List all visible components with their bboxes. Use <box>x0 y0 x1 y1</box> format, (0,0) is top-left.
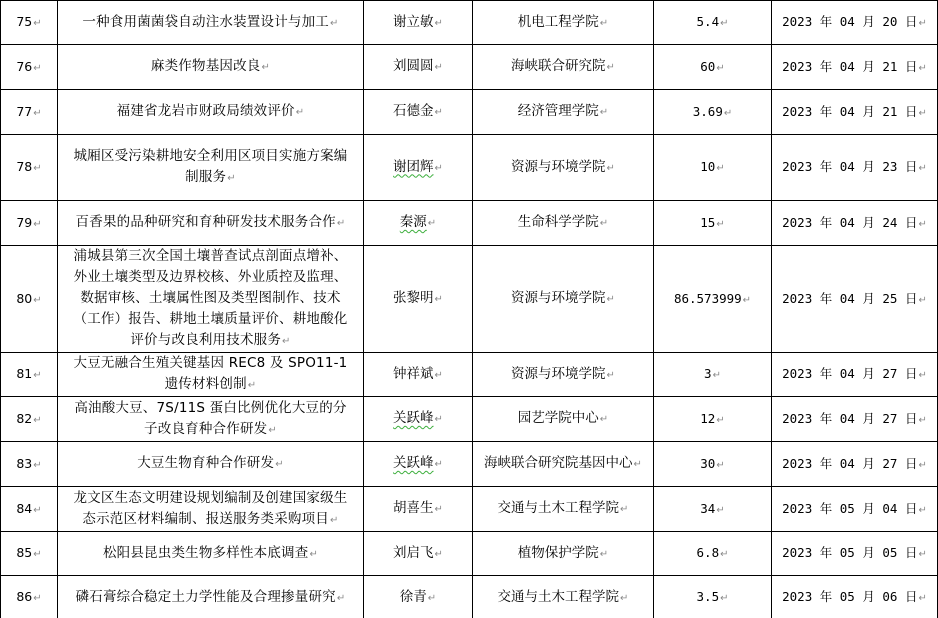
paragraph-mark-icon: ↵ <box>918 505 926 516</box>
cell-department[interactable]: 交通与土木工程学院↵ <box>473 487 654 532</box>
row-number: 80 <box>16 291 32 306</box>
paragraph-mark-icon: ↵ <box>33 460 41 471</box>
cell-leader[interactable]: 关跃峰↵ <box>364 397 473 442</box>
cell-date[interactable]: 2023 年 04 月 21 日↵ <box>772 45 938 90</box>
paragraph-mark-icon: ↵ <box>296 107 305 118</box>
cell-date[interactable]: 2023 年 05 月 06 日↵ <box>772 576 938 618</box>
cell-leader[interactable]: 秦源↵ <box>364 201 473 246</box>
project-title: 百香果的品种研究和育种研发技术服务合作 <box>76 214 336 230</box>
contract-amount: 3 <box>704 366 712 381</box>
paragraph-mark-icon: ↵ <box>720 549 728 560</box>
paragraph-mark-icon: ↵ <box>435 370 443 381</box>
cell-amount[interactable]: 34↵ <box>654 487 772 532</box>
cell-number[interactable]: 80↵ <box>1 246 58 353</box>
row-number: 85 <box>16 545 32 560</box>
paragraph-mark-icon: ↵ <box>918 460 926 471</box>
cell-number[interactable]: 82↵ <box>1 397 58 442</box>
cell-number[interactable]: 77↵ <box>1 90 58 135</box>
paragraph-mark-icon: ↵ <box>607 163 615 174</box>
paragraph-mark-icon: ↵ <box>262 62 271 73</box>
paragraph-mark-icon: ↵ <box>716 219 724 230</box>
cell-leader[interactable]: 谢团辉↵ <box>364 135 473 201</box>
cell-number[interactable]: 83↵ <box>1 442 58 487</box>
cell-leader[interactable]: 胡喜生↵ <box>364 487 473 532</box>
paragraph-mark-icon: ↵ <box>268 425 277 436</box>
cell-date[interactable]: 2023 年 04 月 27 日↵ <box>772 353 938 397</box>
project-title: 城厢区受污染耕地安全利用区项目实施方案编制服务 <box>74 148 348 185</box>
paragraph-mark-icon: ↵ <box>33 295 41 306</box>
project-title: 龙文区生态文明建设规划编制及创建国家级生态示范区材料编制、报送服务类采购项目 <box>74 490 348 527</box>
row-number: 77 <box>16 104 32 119</box>
paragraph-mark-icon: ↵ <box>620 593 628 604</box>
cell-department[interactable]: 交通与土木工程学院↵ <box>473 576 654 618</box>
department-name: 交通与土木工程学院 <box>498 500 620 516</box>
paragraph-mark-icon: ↵ <box>918 370 926 381</box>
paragraph-mark-icon: ↵ <box>330 515 339 526</box>
table-row: 80↵ 浦城县第三次全国土壤普查试点剖面点增补、外业土壤类型及边界校核、外业质控… <box>1 246 938 353</box>
department-name: 资源与环境学院 <box>511 290 606 306</box>
cell-amount[interactable]: 3.69↵ <box>654 90 772 135</box>
paragraph-mark-icon: ↵ <box>716 63 724 74</box>
cell-date[interactable]: 2023 年 05 月 05 日↵ <box>772 532 938 576</box>
contract-amount: 12 <box>700 411 715 426</box>
department-name: 交通与土木工程学院 <box>498 589 620 605</box>
paragraph-mark-icon: ↵ <box>918 108 926 119</box>
cell-department[interactable]: 资源与环境学院↵ <box>473 353 654 397</box>
cell-amount[interactable]: 12↵ <box>654 397 772 442</box>
project-title: 松阳县昆虫类生物多样性本底调查 <box>103 545 309 561</box>
cell-date[interactable]: 2023 年 04 月 27 日↵ <box>772 442 938 487</box>
contract-amount: 15 <box>700 215 715 230</box>
paragraph-mark-icon: ↵ <box>227 173 236 184</box>
project-title: 大豆无融合生殖关键基因 REC8 及 SPO11-1 遗传材料创制 <box>74 355 348 392</box>
row-number: 84 <box>16 501 32 516</box>
paragraph-mark-icon: ↵ <box>600 414 608 425</box>
contract-amount: 34 <box>700 501 715 516</box>
row-number: 75 <box>16 14 32 29</box>
paragraph-mark-icon: ↵ <box>282 336 291 347</box>
leader-name: 秦源 <box>400 214 427 230</box>
table-body: 75↵ 一种食用菌菌袋自动注水装置设计与加工↵ 谢立敏↵ 机电工程学院↵ 5.4… <box>1 1 938 618</box>
leader-name: 刘圆圆 <box>393 58 434 74</box>
leader-name: 钟祥斌 <box>393 366 434 382</box>
paragraph-mark-icon: ↵ <box>33 593 41 604</box>
paragraph-mark-icon: ↵ <box>716 505 724 516</box>
paragraph-mark-icon: ↵ <box>600 18 608 29</box>
cell-leader[interactable]: 刘圆圆↵ <box>364 45 473 90</box>
cell-amount[interactable]: 30↵ <box>654 442 772 487</box>
cell-leader[interactable]: 关跃峰↵ <box>364 442 473 487</box>
table-row: 77↵ 福建省龙岩市财政局绩效评价↵ 石德金↵ 经济管理学院↵ 3.69↵ 20… <box>1 90 938 135</box>
department-name: 资源与环境学院 <box>511 159 606 175</box>
paragraph-mark-icon: ↵ <box>918 219 926 230</box>
cell-amount[interactable]: 86.573999↵ <box>654 246 772 353</box>
cell-leader[interactable]: 刘启飞↵ <box>364 532 473 576</box>
cell-amount[interactable]: 5.4↵ <box>654 1 772 45</box>
department-name: 园艺学院中心 <box>518 410 599 426</box>
signing-date: 2023 年 05 月 05 日 <box>782 545 917 560</box>
row-number: 79 <box>16 215 32 230</box>
signing-date: 2023 年 04 月 27 日 <box>782 456 917 471</box>
paragraph-mark-icon: ↵ <box>435 504 443 515</box>
cell-date[interactable]: 2023 年 04 月 23 日↵ <box>772 135 938 201</box>
paragraph-mark-icon: ↵ <box>435 414 443 425</box>
paragraph-mark-icon: ↵ <box>620 504 628 515</box>
paragraph-mark-icon: ↵ <box>33 108 41 119</box>
cell-date[interactable]: 2023 年 04 月 21 日↵ <box>772 90 938 135</box>
leader-name: 关跃峰 <box>393 410 434 426</box>
leader-name: 谢团辉 <box>393 159 434 175</box>
row-number: 83 <box>16 456 32 471</box>
paragraph-mark-icon: ↵ <box>607 370 615 381</box>
cell-amount[interactable]: 3.5↵ <box>654 576 772 618</box>
leader-name: 胡喜生 <box>393 500 434 516</box>
cell-number[interactable]: 85↵ <box>1 532 58 576</box>
paragraph-mark-icon: ↵ <box>716 415 724 426</box>
cell-department[interactable]: 机电工程学院↵ <box>473 1 654 45</box>
paragraph-mark-icon: ↵ <box>33 505 41 516</box>
cell-amount[interactable]: 10↵ <box>654 135 772 201</box>
cell-department[interactable]: 海峡联合研究院基因中心↵ <box>473 442 654 487</box>
cell-amount[interactable]: 3↵ <box>654 353 772 397</box>
table-row: 78↵ 城厢区受污染耕地安全利用区项目实施方案编制服务↵ 谢团辉↵ 资源与环境学… <box>1 135 938 201</box>
cell-amount[interactable]: 60↵ <box>654 45 772 90</box>
paragraph-mark-icon: ↵ <box>33 549 41 560</box>
row-number: 81 <box>16 366 32 381</box>
cell-project-title[interactable]: 高油酸大豆、7S/11S 蛋白比例优化大豆的分子改良育种合作研发↵ <box>58 397 364 442</box>
paragraph-mark-icon: ↵ <box>720 18 728 29</box>
cell-leader[interactable]: 徐青↵ <box>364 576 473 618</box>
paragraph-mark-icon: ↵ <box>248 380 257 391</box>
table-row: 75↵ 一种食用菌菌袋自动注水装置设计与加工↵ 谢立敏↵ 机电工程学院↵ 5.4… <box>1 1 938 45</box>
row-number: 78 <box>16 159 32 174</box>
table-row: 85↵ 松阳县昆虫类生物多样性本底调查↵ 刘启飞↵ 植物保护学院↵ 6.8↵ 2… <box>1 532 938 576</box>
contract-amount: 60 <box>700 59 715 74</box>
leader-name: 石德金 <box>393 103 434 119</box>
paragraph-mark-icon: ↵ <box>428 218 436 229</box>
signing-date: 2023 年 04 月 27 日 <box>782 411 917 426</box>
cell-date[interactable]: 2023 年 05 月 04 日↵ <box>772 487 938 532</box>
table-row: 84↵ 龙文区生态文明建设规划编制及创建国家级生态示范区材料编制、报送服务类采购… <box>1 487 938 532</box>
paragraph-mark-icon: ↵ <box>33 18 41 29</box>
cell-project-title[interactable]: 龙文区生态文明建设规划编制及创建国家级生态示范区材料编制、报送服务类采购项目↵ <box>58 487 364 532</box>
cell-number[interactable]: 79↵ <box>1 201 58 246</box>
paragraph-mark-icon: ↵ <box>435 549 443 560</box>
project-title: 大豆生物育种合作研发 <box>137 455 274 471</box>
cell-number[interactable]: 86↵ <box>1 576 58 618</box>
paragraph-mark-icon: ↵ <box>713 370 721 381</box>
paragraph-mark-icon: ↵ <box>918 295 926 306</box>
department-name: 资源与环境学院 <box>511 366 606 382</box>
cell-date[interactable]: 2023 年 04 月 27 日↵ <box>772 397 938 442</box>
department-name: 机电工程学院 <box>518 14 599 30</box>
paragraph-mark-icon: ↵ <box>435 459 443 470</box>
row-number: 82 <box>16 411 32 426</box>
cell-project-title[interactable]: 松阳县昆虫类生物多样性本底调查↵ <box>58 532 364 576</box>
cell-number[interactable]: 76↵ <box>1 45 58 90</box>
project-title: 浦城县第三次全国土壤普查试点剖面点增补、外业土壤类型及边界校核、外业质控及监理、… <box>74 248 348 348</box>
paragraph-mark-icon: ↵ <box>435 163 443 174</box>
paragraph-mark-icon: ↵ <box>607 62 615 73</box>
paragraph-mark-icon: ↵ <box>428 593 436 604</box>
department-name: 植物保护学院 <box>518 545 599 561</box>
signing-date: 2023 年 05 月 06 日 <box>782 589 917 604</box>
table-row: 86↵ 磷石膏综合稳定土力学性能及合理掺量研究↵ 徐青↵ 交通与土木工程学院↵ … <box>1 576 938 618</box>
paragraph-mark-icon: ↵ <box>33 415 41 426</box>
paragraph-mark-icon: ↵ <box>918 163 926 174</box>
contract-amount: 30 <box>700 456 715 471</box>
cell-leader[interactable]: 谢立敏↵ <box>364 1 473 45</box>
leader-name: 刘启飞 <box>393 545 434 561</box>
contract-amount: 86.573999 <box>674 291 742 306</box>
leader-name: 关跃峰 <box>393 455 434 471</box>
cell-department[interactable]: 园艺学院中心↵ <box>473 397 654 442</box>
signing-date: 2023 年 04 月 24 日 <box>782 215 917 230</box>
table-row: 76↵ 麻类作物基因改良↵ 刘圆圆↵ 海峡联合研究院↵ 60↵ 2023 年 0… <box>1 45 938 90</box>
row-number: 86 <box>16 589 32 604</box>
paragraph-mark-icon: ↵ <box>435 107 443 118</box>
paragraph-mark-icon: ↵ <box>435 294 443 305</box>
cell-project-title[interactable]: 一种食用菌菌袋自动注水装置设计与加工↵ <box>58 1 364 45</box>
cell-amount[interactable]: 6.8↵ <box>654 532 772 576</box>
table-row: 82↵ 高油酸大豆、7S/11S 蛋白比例优化大豆的分子改良育种合作研发↵ 关跃… <box>1 397 938 442</box>
cell-leader[interactable]: 石德金↵ <box>364 90 473 135</box>
paragraph-mark-icon: ↵ <box>600 218 608 229</box>
paragraph-mark-icon: ↵ <box>634 459 642 470</box>
paragraph-mark-icon: ↵ <box>918 63 926 74</box>
paragraph-mark-icon: ↵ <box>33 163 41 174</box>
paragraph-mark-icon: ↵ <box>918 549 926 560</box>
paragraph-mark-icon: ↵ <box>724 108 732 119</box>
department-name: 经济管理学院 <box>518 103 599 119</box>
cell-department[interactable]: 资源与环境学院↵ <box>473 246 654 353</box>
cell-department[interactable]: 经济管理学院↵ <box>473 90 654 135</box>
cell-department[interactable]: 资源与环境学院↵ <box>473 135 654 201</box>
cell-project-title[interactable]: 城厢区受污染耕地安全利用区项目实施方案编制服务↵ <box>58 135 364 201</box>
table-row: 79↵ 百香果的品种研究和育种研发技术服务合作↵ 秦源↵ 生命科学学院↵ 15↵… <box>1 201 938 246</box>
paragraph-mark-icon: ↵ <box>716 460 724 471</box>
paragraph-mark-icon: ↵ <box>918 593 926 604</box>
leader-name: 张黎明 <box>393 290 434 306</box>
cell-number[interactable]: 81↵ <box>1 353 58 397</box>
contract-amount: 10 <box>700 159 715 174</box>
paragraph-mark-icon: ↵ <box>600 549 608 560</box>
paragraph-mark-icon: ↵ <box>435 18 443 29</box>
cell-project-title[interactable]: 百香果的品种研究和育种研发技术服务合作↵ <box>58 201 364 246</box>
project-title: 福建省龙岩市财政局绩效评价 <box>117 103 295 119</box>
signing-date: 2023 年 04 月 23 日 <box>782 159 917 174</box>
row-number: 76 <box>16 59 32 74</box>
cell-project-title[interactable]: 磷石膏综合稳定土力学性能及合理掺量研究↵ <box>58 576 364 618</box>
paragraph-mark-icon: ↵ <box>337 218 346 229</box>
paragraph-mark-icon: ↵ <box>33 370 41 381</box>
cell-department[interactable]: 生命科学学院↵ <box>473 201 654 246</box>
paragraph-mark-icon: ↵ <box>275 459 284 470</box>
contract-amount: 3.5 <box>697 589 720 604</box>
cell-department[interactable]: 海峡联合研究院↵ <box>473 45 654 90</box>
cell-department[interactable]: 植物保护学院↵ <box>473 532 654 576</box>
contract-amount: 3.69 <box>693 104 723 119</box>
paragraph-mark-icon: ↵ <box>33 63 41 74</box>
paragraph-mark-icon: ↵ <box>716 163 724 174</box>
cell-project-title[interactable]: 浦城县第三次全国土壤普查试点剖面点增补、外业土壤类型及边界校核、外业质控及监理、… <box>58 246 364 353</box>
signing-date: 2023 年 05 月 04 日 <box>782 501 917 516</box>
department-name: 海峡联合研究院基因中心 <box>484 455 633 471</box>
cell-amount[interactable]: 15↵ <box>654 201 772 246</box>
paragraph-mark-icon: ↵ <box>918 415 926 426</box>
cell-project-title[interactable]: 麻类作物基因改良↵ <box>58 45 364 90</box>
signing-date: 2023 年 04 月 20 日 <box>782 14 917 29</box>
paragraph-mark-icon: ↵ <box>309 549 318 560</box>
paragraph-mark-icon: ↵ <box>918 18 926 29</box>
signing-date: 2023 年 04 月 25 日 <box>782 291 917 306</box>
paragraph-mark-icon: ↵ <box>600 107 608 118</box>
table-row: 83↵ 大豆生物育种合作研发↵ 关跃峰↵ 海峡联合研究院基因中心↵ 30↵ 20… <box>1 442 938 487</box>
contract-amount: 6.8 <box>697 545 720 560</box>
project-title: 麻类作物基因改良 <box>151 58 261 74</box>
cell-date[interactable]: 2023 年 04 月 25 日↵ <box>772 246 938 353</box>
project-title: 磷石膏综合稳定土力学性能及合理掺量研究 <box>76 589 336 605</box>
cell-number[interactable]: 75↵ <box>1 1 58 45</box>
department-name: 生命科学学院 <box>518 214 599 230</box>
paragraph-mark-icon: ↵ <box>435 62 443 73</box>
cell-project-title[interactable]: 大豆生物育种合作研发↵ <box>58 442 364 487</box>
paragraph-mark-icon: ↵ <box>33 219 41 230</box>
paragraph-mark-icon: ↵ <box>607 294 615 305</box>
paragraph-mark-icon: ↵ <box>337 593 346 604</box>
cell-number[interactable]: 84↵ <box>1 487 58 532</box>
cell-project-title[interactable]: 大豆无融合生殖关键基因 REC8 及 SPO11-1 遗传材料创制↵ <box>58 353 364 397</box>
cell-date[interactable]: 2023 年 04 月 20 日↵ <box>772 1 938 45</box>
signing-date: 2023 年 04 月 27 日 <box>782 366 917 381</box>
paragraph-mark-icon: ↵ <box>743 295 751 306</box>
cell-leader[interactable]: 钟祥斌↵ <box>364 353 473 397</box>
cell-number[interactable]: 78↵ <box>1 135 58 201</box>
project-table: 75↵ 一种食用菌菌袋自动注水装置设计与加工↵ 谢立敏↵ 机电工程学院↵ 5.4… <box>0 0 938 618</box>
department-name: 海峡联合研究院 <box>511 58 606 74</box>
leader-name: 徐青 <box>400 589 427 605</box>
leader-name: 谢立敏 <box>393 14 434 30</box>
project-title: 高油酸大豆、7S/11S 蛋白比例优化大豆的分子改良育种合作研发 <box>74 400 346 437</box>
signing-date: 2023 年 04 月 21 日 <box>782 59 917 74</box>
cell-date[interactable]: 2023 年 04 月 24 日↵ <box>772 201 938 246</box>
contract-amount: 5.4 <box>697 14 720 29</box>
table-row: 81↵ 大豆无融合生殖关键基因 REC8 及 SPO11-1 遗传材料创制↵ 钟… <box>1 353 938 397</box>
signing-date: 2023 年 04 月 21 日 <box>782 104 917 119</box>
paragraph-mark-icon: ↵ <box>720 593 728 604</box>
project-title: 一种食用菌菌袋自动注水装置设计与加工 <box>82 14 329 30</box>
cell-leader[interactable]: 张黎明↵ <box>364 246 473 353</box>
paragraph-mark-icon: ↵ <box>330 18 339 29</box>
cell-project-title[interactable]: 福建省龙岩市财政局绩效评价↵ <box>58 90 364 135</box>
